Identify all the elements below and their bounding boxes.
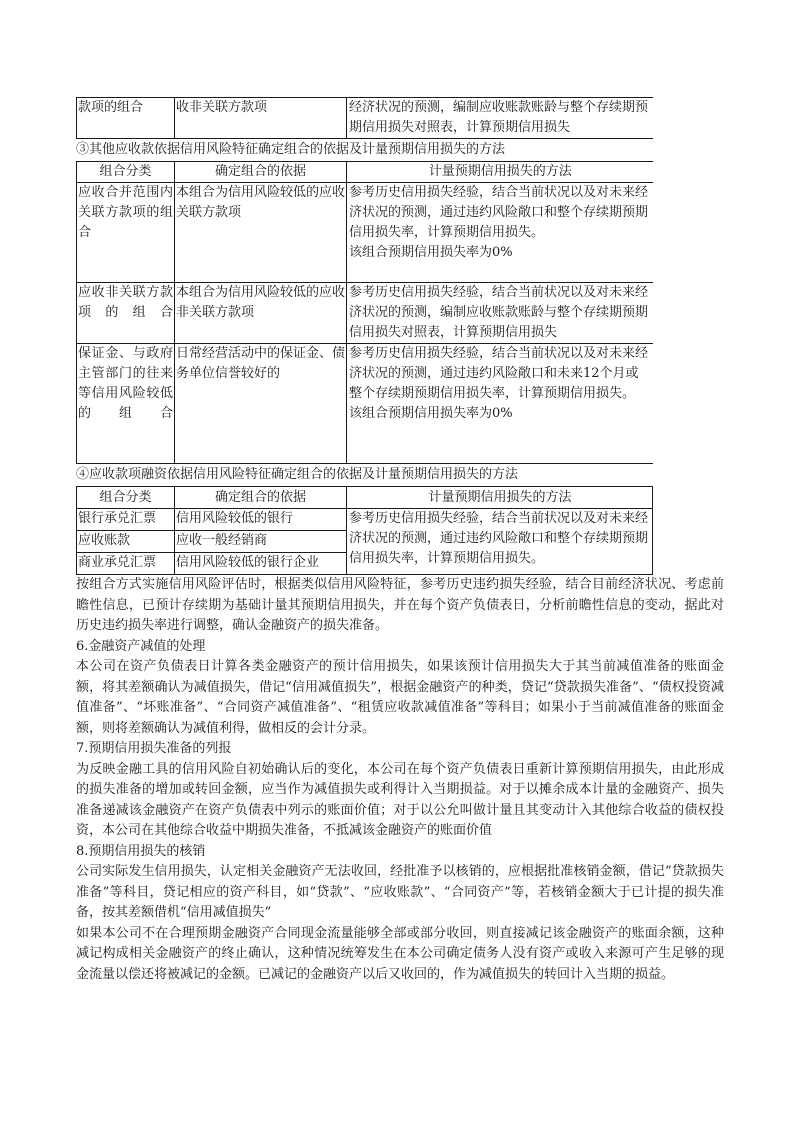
section7-body: 为反映金融工具的信用风险自初始确认后的变化，本公司在每个资产负债表日重新计算预期… <box>76 760 724 842</box>
table-cell-category: 应收非关联方款项的组合 <box>77 283 175 344</box>
column-header-basis: 确定组合的依据 <box>175 162 347 183</box>
table-cell-category: 款项的组合 <box>77 98 175 139</box>
table-cell-shared-method: 参考历史信用损失经验，结合当前状况以及对未来经济状况的预测，通过违约风险敞口和整… <box>347 509 653 575</box>
table-row: 保证金、与政府主管部门的往来等信用风险较低的组合 日常经营活动中的保证金、债务单… <box>77 344 653 464</box>
method-text: 参考历史信用损失经验，结合当前状况以及对未来经济状况的预测，通过违约风险敞口和未… <box>349 344 652 404</box>
loss-rate-note: 该组合预期信用损失率为0% <box>349 404 652 424</box>
table-row: 款项的组合 收非关联方款项 经济状况的预测，编制应收账款账龄与整个存续期预期信用… <box>77 98 653 139</box>
method-text: 参考历史信用损失经验，结合当前状况以及对未来经济状况的预测，通过违约风险敞口和整… <box>349 183 652 243</box>
column-header-category: 组合分类 <box>77 487 175 509</box>
table-cell-category: 应收账款 <box>77 531 175 553</box>
table-cell-method: 经济状况的预测，编制应收账款账龄与整个存续期预期信用损失对照表，计算预期信用损失 <box>347 98 653 139</box>
column-header-basis: 确定组合的依据 <box>175 487 347 509</box>
table-cell-method: 参考历史信用损失经验，结合当前状况以及对未来经济状况的预测，通过违约风险敞口和整… <box>347 183 653 283</box>
section7-heading: 7.预期信用损失准备的列报 <box>76 739 724 760</box>
table-cell-basis: 本组合为信用风险较低的应收关联方款项 <box>175 183 347 283</box>
method-text: 参考历史信用损失经验，结合当前状况以及对未来经济状况的预测，编制应收账款账龄与整… <box>349 283 652 343</box>
column-header-method: 计量预期信用损失的方法 <box>347 487 653 509</box>
table-row: 应收合并范围内关联方款项的组合 本组合为信用风险较低的应收关联方款项 参考历史信… <box>77 183 653 283</box>
table-cell-basis: 应收一般经销商 <box>175 531 347 553</box>
receivables-financing-table: 组合分类 确定组合的依据 计量预期信用损失的方法 银行承兑汇票 信用风险较低的银… <box>76 486 653 575</box>
table-cell-basis: 本组合为信用风险较低的应收非关联方款项 <box>175 283 347 344</box>
table-header-row: 组合分类 确定组合的依据 计量预期信用损失的方法 <box>77 487 653 509</box>
table-cell-basis: 收非关联方款项 <box>175 98 347 139</box>
table-header-row: 组合分类 确定组合的依据 计量预期信用损失的方法 <box>77 162 653 183</box>
table-cell-basis: 信用风险较低的银行 <box>175 509 347 531</box>
section8-body2: 如果本公司不在合理预期金融资产合同现金流量能够全部或部分收回，则直接减记该金融资… <box>76 924 724 986</box>
receivables-combination-table-continued: 款项的组合 收非关联方款项 经济状况的预测，编制应收账款账龄与整个存续期预期信用… <box>76 97 653 139</box>
table-cell-category: 银行承兑汇票 <box>77 509 175 531</box>
loss-rate-note: 该组合预期信用损失率为0% <box>349 243 652 263</box>
table-cell-category: 商业承兑汇票 <box>77 553 175 575</box>
section6-heading: 6.金融资产减值的处理 <box>76 637 724 658</box>
table-row: 银行承兑汇票 信用风险较低的银行 参考历史信用损失经验，结合当前状况以及对未来经… <box>77 509 653 531</box>
section8-body1: 公司实际发生信用损失，认定相关金融资产无法收回，经批准予以核销的，应根据批准核销… <box>76 862 724 924</box>
section3-caption: ③其他应收款依据信用风险特征确定组合的依据及计量预期信用损失的方法 <box>76 140 724 160</box>
section6-body: 本公司在资产负债表日计算各类金融资产的预计信用损失，如果该预计信用损失大于其当前… <box>76 657 724 739</box>
document-page: 款项的组合 收非关联方款项 经济状况的预测，编制应收账款账龄与整个存续期预期信用… <box>76 97 724 985</box>
table-cell-method: 参考历史信用损失经验，结合当前状况以及对未来经济状况的预测，编制应收账款账龄与整… <box>347 283 653 344</box>
table-cell-category: 应收合并范围内关联方款项的组合 <box>77 183 175 283</box>
section4-caption: ④应收款项融资依据信用风险特征确定组合的依据及计量预期信用损失的方法 <box>76 465 724 485</box>
table-cell-basis: 信用风险较低的银行企业 <box>175 553 347 575</box>
column-header-method: 计量预期信用损失的方法 <box>347 162 653 183</box>
table-cell-basis: 日常经营活动中的保证金、债务单位信誉较好的 <box>175 344 347 464</box>
section8-heading: 8.预期信用损失的核销 <box>76 842 724 863</box>
other-receivables-table: 组合分类 确定组合的依据 计量预期信用损失的方法 应收合并范围内关联方款项的组合… <box>76 161 653 464</box>
table-cell-category: 保证金、与政府主管部门的往来等信用风险较低的组合 <box>77 344 175 464</box>
column-header-category: 组合分类 <box>77 162 175 183</box>
group-assessment-paragraph: 按组合方式实施信用风险评估时，根据类似信用风险特征，参考历史违约损失经验，结合目… <box>76 575 724 637</box>
table-cell-method: 参考历史信用损失经验，结合当前状况以及对未来经济状况的预测，通过违约风险敞口和未… <box>347 344 653 464</box>
table-row: 应收非关联方款项的组合 本组合为信用风险较低的应收非关联方款项 参考历史信用损失… <box>77 283 653 344</box>
